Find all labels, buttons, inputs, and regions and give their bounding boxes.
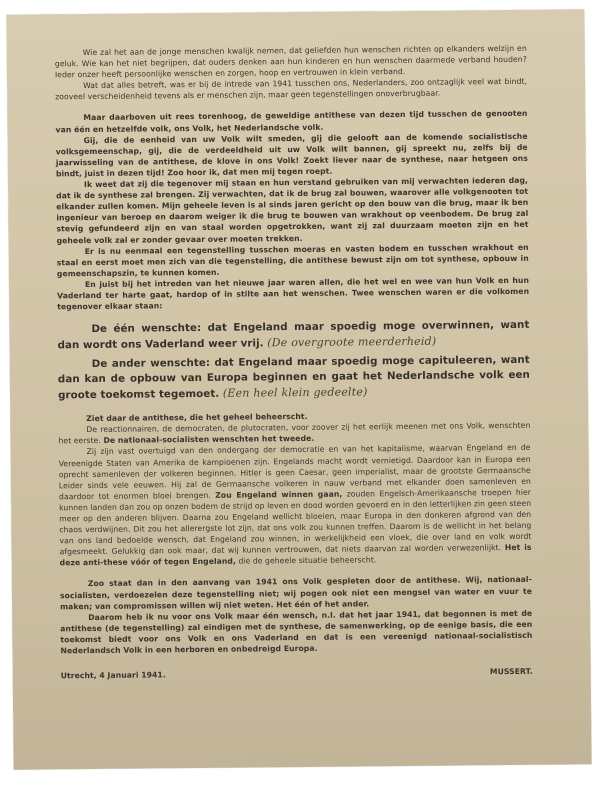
paragraph-11: Daarom heb ik nu voor ons Volk maar één … <box>60 608 532 657</box>
paragraph-1: Wie zal het aan de jonge menschen kwalij… <box>55 43 527 81</box>
paragraph-4: Gij, die de eenheid van uw Volk wilt sme… <box>56 130 528 179</box>
paragraph-2: Wat dat alles betreft, was er bij de int… <box>55 76 527 103</box>
handwritten-note-majority: (De overgroote meerderheid) <box>267 335 436 350</box>
place-date: Utrecht, 4 Januari 1941. <box>61 669 166 681</box>
wish-one: De één wenschte: dat Engeland maar spoed… <box>57 318 529 354</box>
paragraph-9-text-c: die de geheele situatie beheerscht. <box>238 556 376 566</box>
paragraph-5: Ik weet dat zij die tegenover mij staan … <box>56 175 529 246</box>
paragraph-9-bold-a: Zou Engeland winnen gaan, <box>215 489 342 499</box>
wish-two: De ander wenschte: dat Engeland maar spo… <box>58 353 530 404</box>
paragraph-7: En juist bij het intreden van het nieuwe… <box>57 275 529 313</box>
paragraph-8-bold: De nationaal-socialisten wenschten het t… <box>103 434 314 445</box>
paragraph-6: Er is nu eenmaal een tegenstelling tussc… <box>57 241 529 279</box>
signature: MUSSERT. <box>490 666 533 678</box>
document-body: Wie zal het aan de jonge menschen kwalij… <box>55 43 533 682</box>
paragraph-9: Zij zijn vast overtuigd van den ondergan… <box>59 442 532 569</box>
document-footer: Utrecht, 4 Januari 1941. MUSSERT. <box>61 666 533 682</box>
handwritten-note-minority: (Een heel klein gedeelte) <box>223 385 368 399</box>
paragraph-10: Zoo staat dan in den aanvang van 1941 on… <box>60 574 532 612</box>
paper-sheet: Wie zal het aan de jonge menschen kwalij… <box>6 9 591 770</box>
